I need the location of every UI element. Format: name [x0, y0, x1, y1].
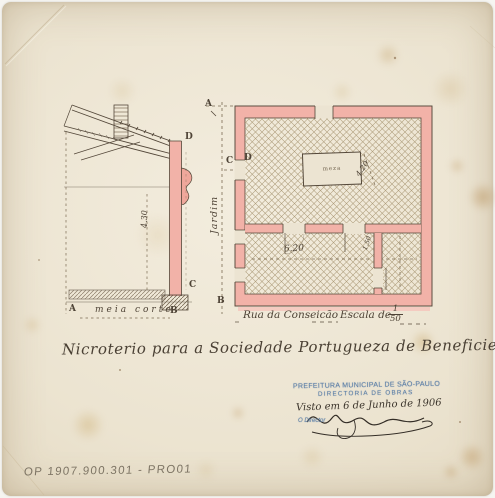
street-label: Rua da Conseicão [243, 310, 338, 321]
plan-label-c: C [226, 157, 233, 166]
scanned-document: D C B A meia corte 4.30 A B C D Jardim m… [0, 0, 495, 498]
section-label-c: C [189, 281, 196, 290]
section-drawing [64, 105, 192, 318]
section-height-dimension: 4.30 [141, 210, 149, 228]
section-caption: meia corte [95, 306, 174, 315]
scale-numerator: 1 [393, 305, 398, 314]
plan-label-b: B [217, 297, 225, 306]
section-label-a: A [69, 305, 76, 314]
document-title: Nicroterio para a Sociedade Portugueza d… [62, 338, 495, 358]
plan-label-d: D [244, 154, 252, 163]
paper-sheet: D C B A meia corte 4.30 A B C D Jardim m… [2, 2, 493, 496]
plan-label-a: A [205, 100, 212, 109]
plan-table-label: meza [302, 152, 361, 186]
scale-fraction: 1 50 [388, 305, 403, 325]
drawing-linework [2, 2, 495, 498]
plan-drawing [38, 57, 461, 423]
scale-denominator: 50 [388, 314, 403, 324]
plan-garden-label: Jardim [210, 196, 220, 234]
scale-label: Escala de [340, 310, 391, 321]
plan-dim-width: 6.20 [284, 244, 304, 254]
stamp-director-label: O Director [298, 418, 325, 424]
director-signature [307, 415, 432, 438]
section-label-d: D [185, 133, 193, 142]
